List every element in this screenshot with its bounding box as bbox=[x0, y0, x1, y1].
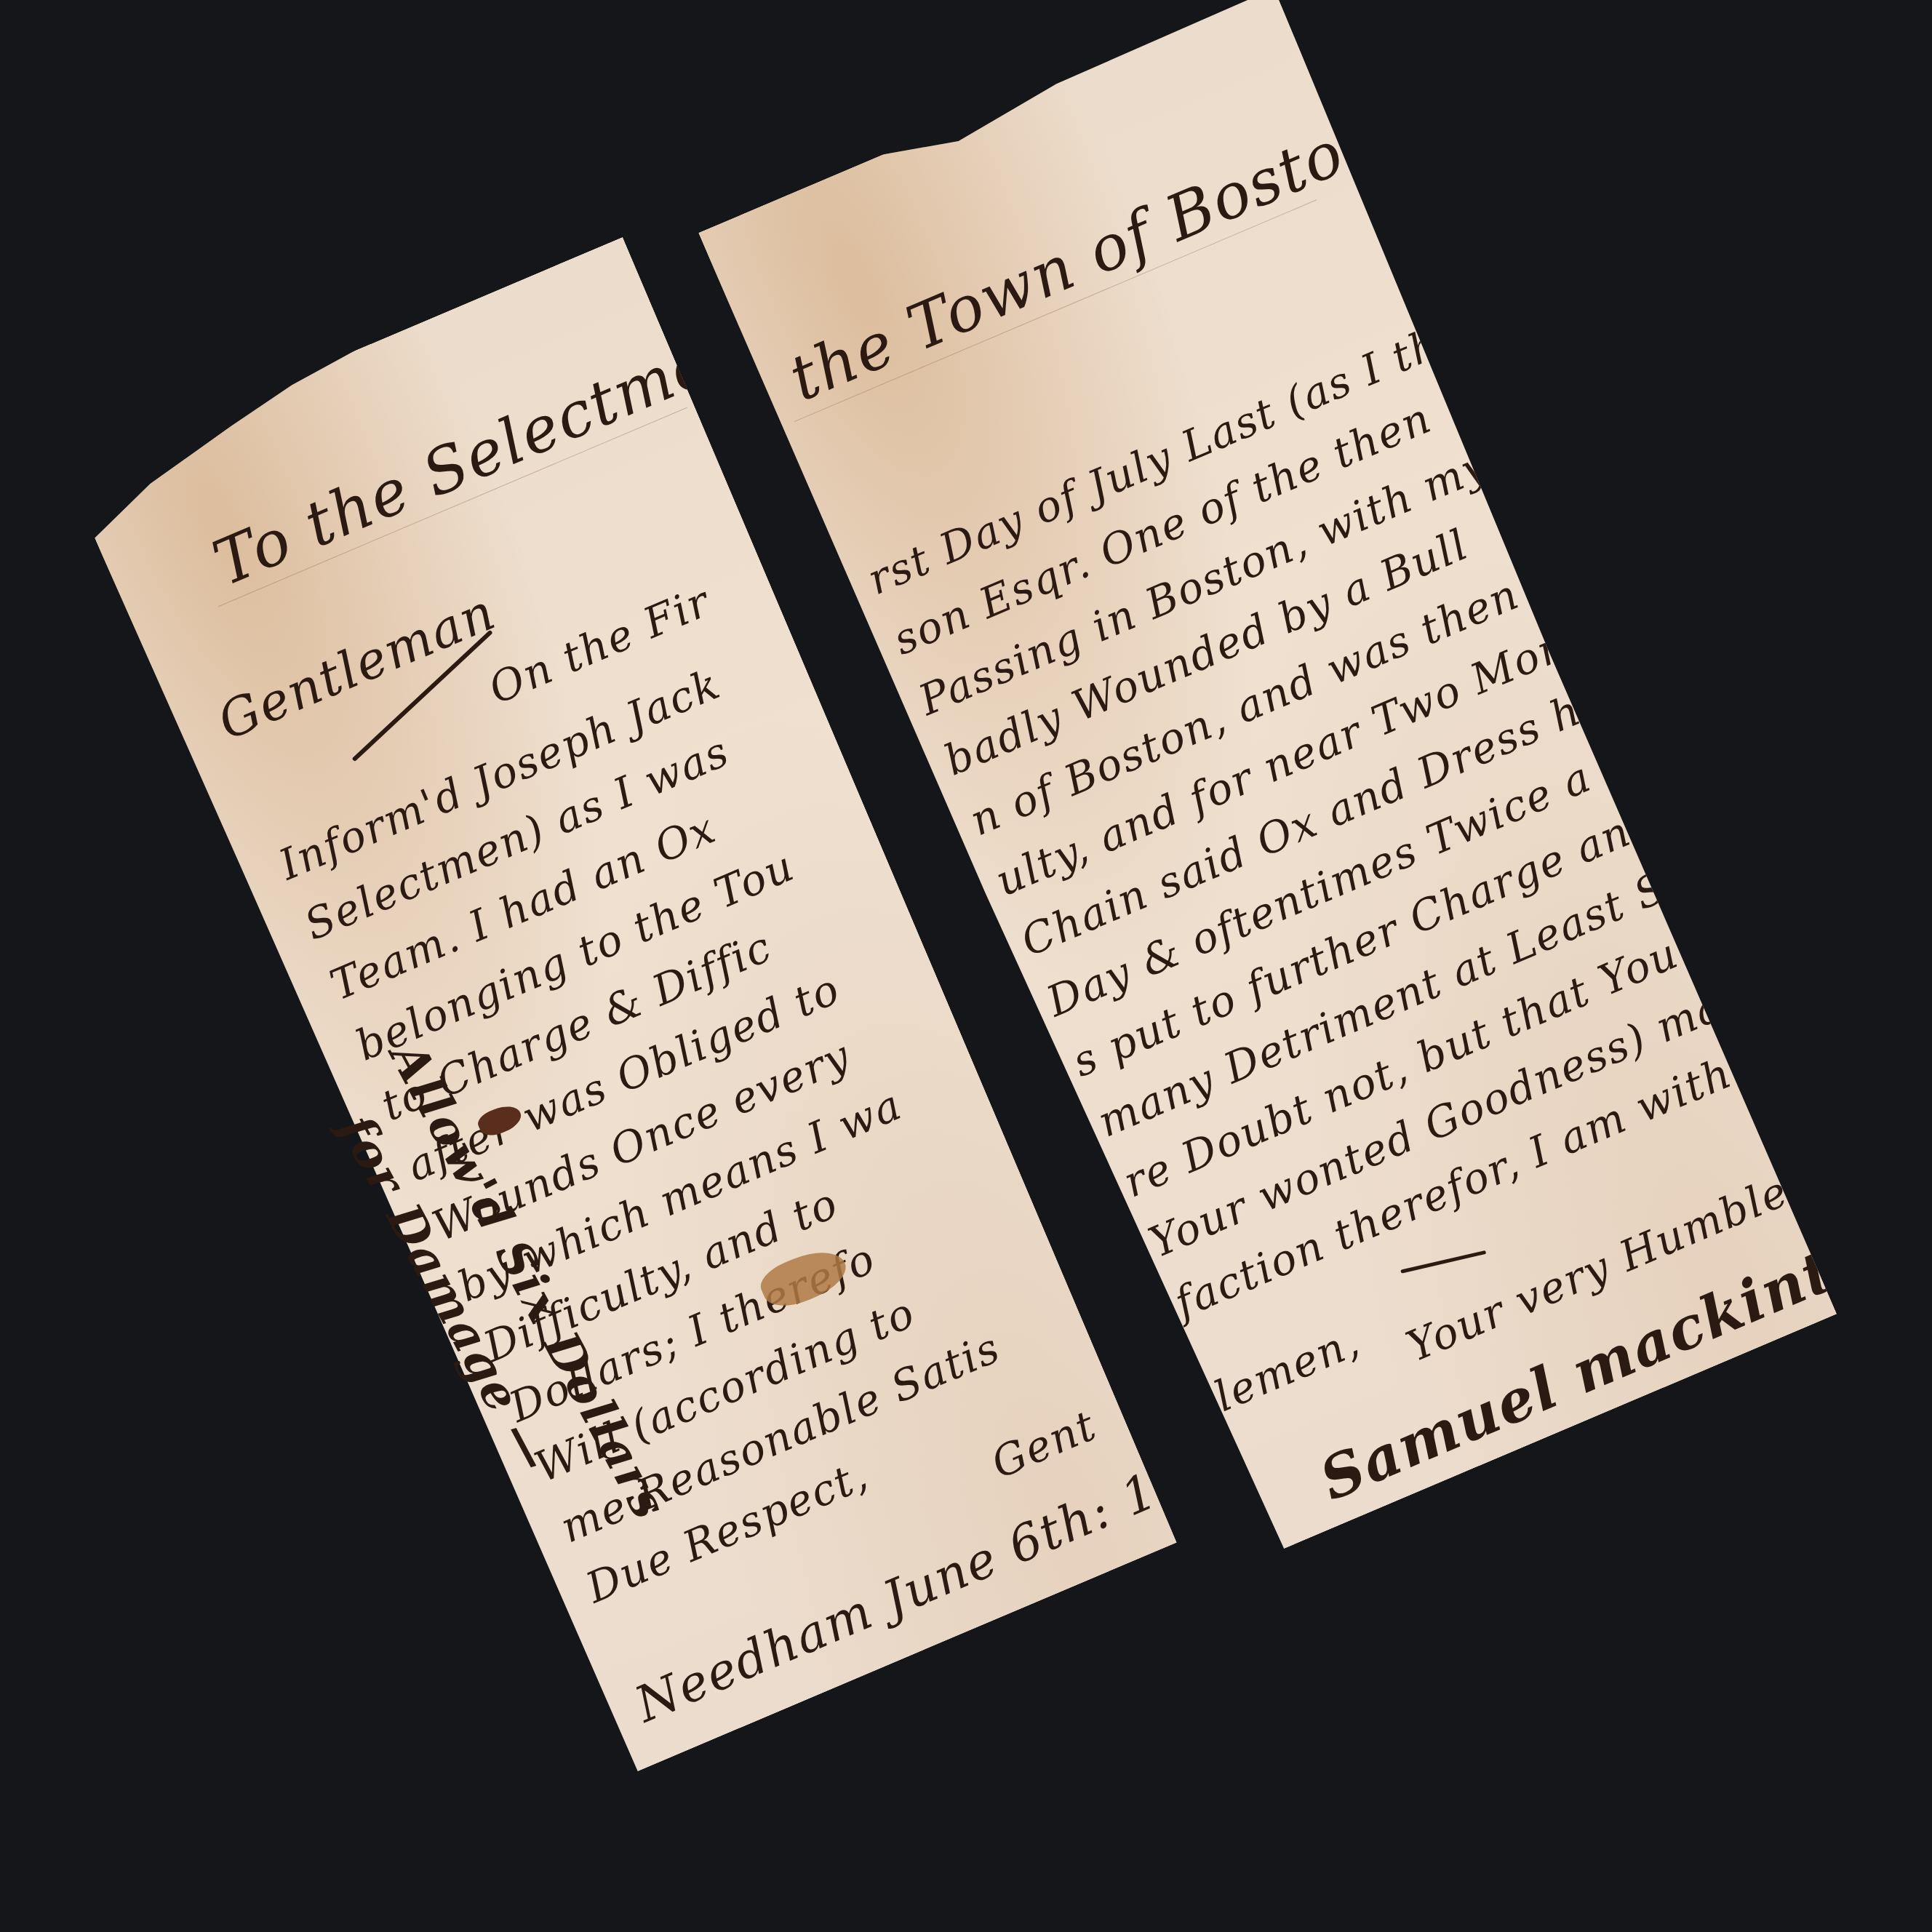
closing-right: lemen, bbox=[1207, 1316, 1368, 1421]
document-photo: To the Selectmen of Gentleman On the Fir… bbox=[0, 0, 1932, 1932]
pen-flourish bbox=[1400, 1250, 1486, 1274]
salutation: Gentleman bbox=[209, 581, 504, 751]
closing-left: Gent bbox=[984, 1400, 1103, 1488]
